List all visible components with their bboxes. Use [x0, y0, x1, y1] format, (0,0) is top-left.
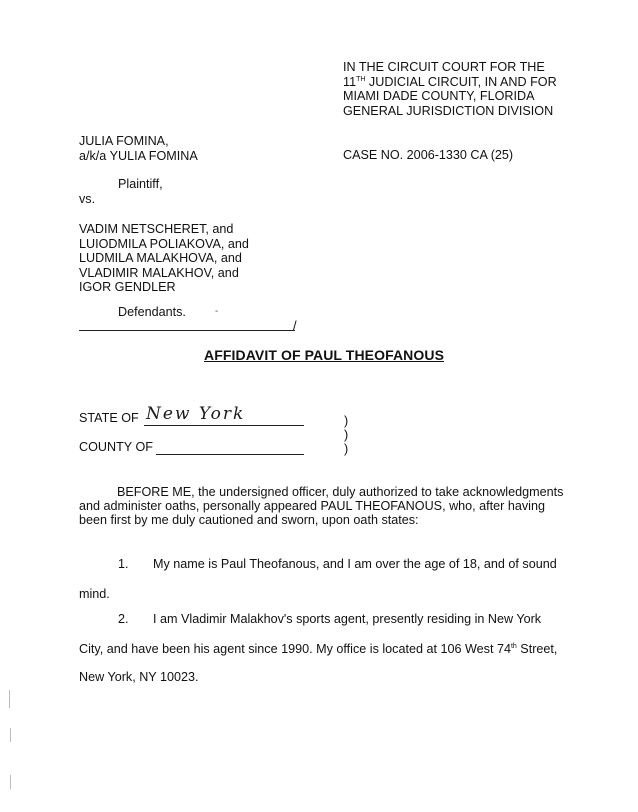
intro-paragraph: BEFORE ME, the undersigned officer, duly…: [79, 485, 569, 528]
court-header-line-2: 11TH JUDICIAL CIRCUIT, IN AND FOR: [343, 75, 557, 90]
caption-end-slash: /: [293, 318, 297, 333]
item-text: City, and have been his agent since 1990…: [79, 642, 557, 656]
state-signature-line: [144, 425, 304, 426]
document-title: AFFIDAVIT OF PAUL THEOFANOUS: [204, 347, 444, 363]
state-label: STATE OF: [79, 411, 139, 425]
venue-bracket: ): [344, 442, 348, 456]
venue-bracket: ): [344, 414, 348, 428]
court-header-line-4: GENERAL JURISDICTION DIVISION: [343, 104, 557, 119]
defendant-name: VLADIMIR MALAKHOV, and: [79, 266, 249, 281]
item-text: New York, NY 10023.: [79, 670, 199, 684]
court-header: IN THE CIRCUIT COURT FOR THE 11TH JUDICI…: [343, 60, 557, 118]
state-handwritten-value: New York: [146, 404, 245, 424]
defendant-name: VADIM NETSCHERET, and: [79, 222, 249, 237]
plaintiff-label: Plaintiff,: [118, 177, 163, 191]
versus-label: vs.: [79, 192, 95, 206]
scan-artifact: [9, 690, 10, 708]
stray-mark: -: [215, 306, 218, 317]
item-number: 1.: [118, 557, 129, 571]
item-text: mind.: [79, 587, 110, 601]
defendants-list: VADIM NETSCHERET, and LUIODMILA POLIAKOV…: [79, 222, 249, 295]
plaintiff-name: JULIA FOMINA, a/k/a YULIA FOMINA: [79, 134, 198, 163]
item-text: I am Vladimir Malakhov's sports agent, p…: [153, 612, 541, 626]
scan-artifact: [10, 728, 11, 742]
item-text: My name is Paul Theofanous, and I am ove…: [153, 557, 557, 571]
case-number: CASE NO. 2006-1330 CA (25): [343, 148, 513, 162]
court-header-line-3: MIAMI DADE COUNTY, FLORIDA: [343, 89, 557, 104]
item-number: 2.: [118, 612, 129, 626]
defendant-name: LUDMILA MALAKHOVA, and: [79, 251, 249, 266]
county-signature-line: [156, 454, 304, 455]
defendant-name: IGOR GENDLER: [79, 280, 249, 295]
county-label: COUNTY OF: [79, 440, 153, 454]
defendant-name: LUIODMILA POLIAKOVA, and: [79, 237, 249, 252]
scan-artifact: [10, 775, 11, 789]
defendants-label: Defendants.: [118, 305, 186, 319]
venue-bracket: ): [344, 428, 348, 442]
caption-divider: [79, 330, 295, 331]
court-header-line-1: IN THE CIRCUIT COURT FOR THE: [343, 60, 557, 75]
